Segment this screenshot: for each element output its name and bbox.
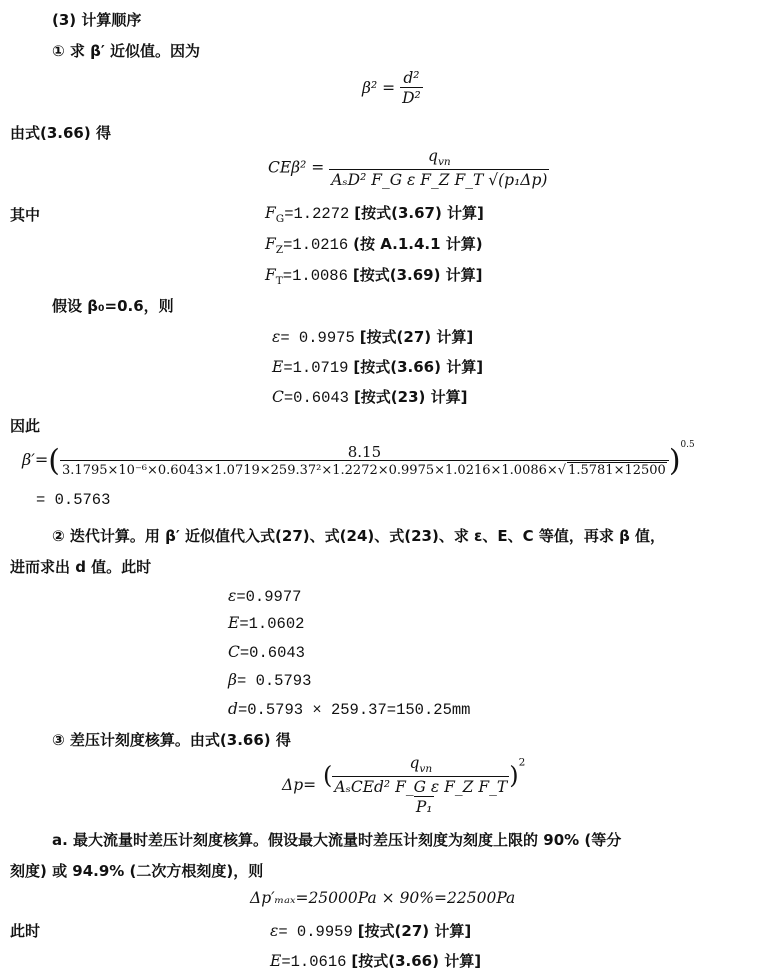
step2-label-line2: 进而求出 d 值。此时 bbox=[10, 556, 151, 577]
where-label: 其中 bbox=[10, 204, 40, 225]
factor-ft: FT=1.0086 [按式(3.69) 计算] bbox=[265, 264, 483, 287]
equation-beta-squared: β² = d² D² bbox=[362, 70, 423, 108]
therefore-label: 因此 bbox=[10, 415, 40, 436]
final-e: E=1.0616 [按式(3.66) 计算] bbox=[270, 950, 481, 971]
assumption-text: 假设 β₀=0.6，则 bbox=[52, 295, 174, 316]
assumed-epsilon: ε= 0.9975 [按式(27) 计算] bbox=[272, 326, 473, 347]
step3a-line1: a. 最大流量时差压计刻度核算。假设最大流量时差压计刻度为刻度上限的 90% (… bbox=[52, 829, 621, 850]
step2-label-line1: ② 迭代计算。用 β′ 近似值代入式(27)、式(24)、式(23)、求 ε、E… bbox=[52, 525, 665, 546]
step1-label: ① 求 β′ 近似值。因为 bbox=[52, 40, 200, 61]
factor-fg: FG=1.2272 [按式(3.67) 计算] bbox=[265, 202, 484, 225]
iter-epsilon: ε=0.9977 bbox=[228, 587, 301, 606]
iter-beta: β= 0.5793 bbox=[228, 671, 311, 690]
equation-ce-beta: CEβ² = qvn AₛD² F_G ε F_Z F_T √(p₁Δp) bbox=[268, 148, 549, 189]
dp-max-equation: Δp′ₘₐₓ=25000Pa × 90%=22500Pa bbox=[250, 889, 515, 907]
iter-d: d=0.5793 × 259.37=150.25mm bbox=[228, 700, 470, 719]
assumed-e: E=1.0719 [按式(3.66) 计算] bbox=[272, 356, 483, 377]
equation-beta-prime: β′=( 8.15 3.1795×10⁻⁶×0.6043×1.0719×259.… bbox=[22, 440, 695, 479]
factor-fz: FZ=1.0216 (按 A.1.4.1 计算) bbox=[265, 233, 483, 256]
at-this-time-label: 此时 bbox=[10, 920, 40, 941]
beta-prime-result: = 0.5763 bbox=[36, 491, 110, 509]
step3-label: ③ 差压计刻度核算。由式(3.66) 得 bbox=[52, 729, 291, 750]
iter-e: E=1.0602 bbox=[228, 614, 304, 633]
section-heading: (3) 计算顺序 bbox=[52, 9, 141, 30]
final-epsilon: ε= 0.9959 [按式(27) 计算] bbox=[270, 920, 471, 941]
from-equation-label: 由式(3.66) 得 bbox=[10, 122, 111, 143]
iter-c: C=0.6043 bbox=[228, 643, 305, 662]
assumed-c: C=0.6043 [按式(23) 计算] bbox=[272, 386, 467, 407]
step3a-line2: 刻度) 或 94.9% (二次方根刻度)，则 bbox=[10, 860, 263, 881]
equation-delta-p: Δp= ( qvn AₛCEd² F_G ε F_Z F_T )2 P₁ bbox=[282, 755, 527, 817]
